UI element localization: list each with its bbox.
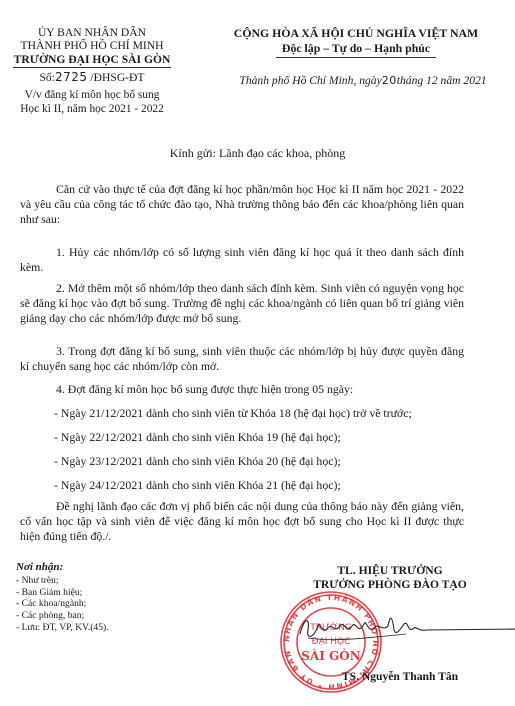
national-header: CỘNG HÒA XÃ HỘI CHỦ NGHĨA VIỆT NAM Độc l…	[213, 26, 499, 58]
date-suffix: tháng 12 năm 2021	[397, 74, 487, 87]
document-number: Số:2725 /ĐHSG-ĐT	[8, 71, 176, 84]
signature-title-line-1: TL. HIỆU TRƯỞNG	[290, 564, 490, 578]
date-prefix: Thành phố Hồ Chí Minh, ngày	[239, 74, 381, 87]
issuer-line-1: ỦY BAN NHÂN DÂN	[8, 26, 176, 39]
issuer-underline	[13, 67, 171, 68]
recipient-item: - Lưu: ĐT, VP, KV.(45).	[16, 622, 109, 634]
schedule-item: - Ngày 23/12/2021 dành cho sinh viên Khó…	[54, 454, 341, 469]
date-day: 20	[382, 74, 397, 87]
subject: V/v đăng kí môn học bổ sung Học kì II, n…	[8, 88, 176, 116]
item-3: 3. Trong đợt đăng kí bổ sung, sinh viên …	[20, 344, 464, 374]
recipient-item: - Các khoa/ngành;	[16, 598, 109, 610]
national-title: CỘNG HÒA XÃ HỘI CHỦ NGHĨA VIỆT NAM	[213, 26, 499, 41]
subject-line-1: V/v đăng kí môn học bổ sung	[8, 88, 176, 102]
intro-paragraph: Căn cứ vào thực tế của đợt đăng kí học p…	[20, 182, 464, 228]
subject-line-2: Học kì II, năm học 2021 - 2022	[8, 102, 176, 116]
motto-underline	[276, 57, 436, 58]
handwritten-signature	[296, 608, 515, 648]
salutation: Kính gửi: Lãnh đạo các khoa, phòng	[0, 146, 515, 161]
issuer-line-2: THÀNH PHỐ HỒ CHÍ MINH	[8, 39, 176, 52]
signer-name: TS. Nguyễn Thanh Tân	[300, 670, 500, 683]
issuer-header: ỦY BAN NHÂN DÂN THÀNH PHỐ HỒ CHÍ MINH TR…	[8, 26, 176, 116]
schedule-item: - Ngày 22/12/2021 dành cho sinh viên Khó…	[54, 430, 341, 445]
recipient-item: - Các phòng, ban;	[16, 610, 109, 622]
schedule-item: - Ngày 21/12/2021 dành cho sinh viên từ …	[54, 406, 412, 421]
item-4: 4. Đợt đăng kí môn học bổ sung được thực…	[20, 382, 464, 397]
document-number-value: 2725	[55, 70, 88, 84]
document-number-label: Số:	[39, 71, 54, 84]
item-2: 2. Mở thêm một số nhóm/lớp theo danh sác…	[20, 281, 464, 327]
signature-title: TL. HIỆU TRƯỞNG TRƯỞNG PHÒNG ĐÀO TẠO	[290, 564, 490, 592]
national-motto: Độc lập – Tự do – Hạnh phúc	[213, 41, 499, 56]
issuer-name: TRƯỜNG ĐẠI HỌC SÀI GÒN	[8, 53, 176, 66]
item-1: 1. Hủy các nhóm/lớp có số lượng sinh viê…	[20, 245, 464, 275]
document-number-suffix: /ĐHSG-ĐT	[88, 71, 145, 84]
schedule-item: - Ngày 24/12/2021 dành cho sinh viên Khó…	[54, 478, 341, 493]
recipient-item: - Như trên;	[16, 575, 109, 587]
recipient-item: - Ban Giám hiệu;	[16, 587, 109, 599]
closing-paragraph: Đề nghị lãnh đạo các đơn vị phổ biến các…	[20, 499, 464, 545]
recipients-list: Nơi nhận: - Như trên; - Ban Giám hiệu; -…	[16, 562, 109, 634]
document-date: Thành phố Hồ Chí Minh, ngày20tháng 12 nă…	[213, 74, 513, 87]
recipients-title: Nơi nhận:	[16, 562, 109, 574]
stamp-line-3: SÀI GÒN	[301, 647, 360, 663]
